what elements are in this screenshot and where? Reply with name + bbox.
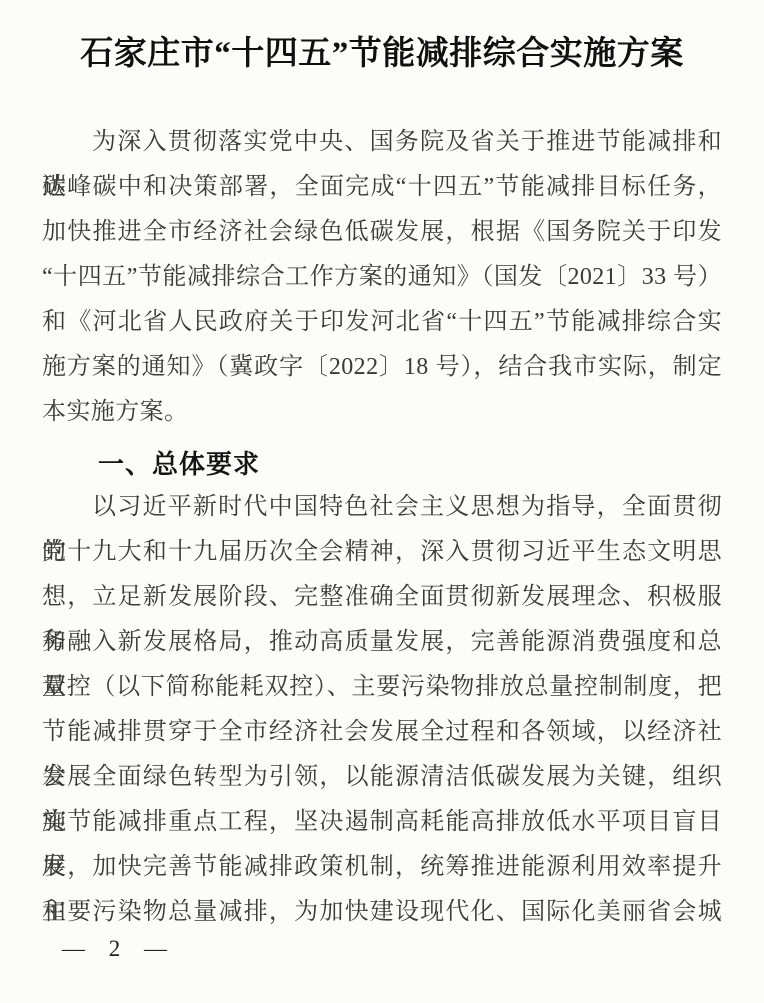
body-line: 本实施方案。 bbox=[42, 390, 722, 435]
body-line: 发展全面绿色转型为引领，以能源清洁低碳发展为关键，组织实 bbox=[42, 755, 722, 800]
document-page: 石家庄市“十四五”节能减排综合实施方案 为深入贯彻落实党中央、国务院及省关于推进… bbox=[0, 0, 764, 1003]
body-line: 为深入贯彻落实党中央、国务院及省关于推进节能减排和碳 bbox=[42, 120, 722, 165]
paragraph-1: 为深入贯彻落实党中央、国务院及省关于推进节能减排和碳 达峰碳中和决策部署，全面完… bbox=[42, 120, 722, 435]
section-heading-overall-requirements: 一、总体要求 bbox=[98, 446, 260, 482]
body-line: 双控（以下简称能耗双控）、主要污染物排放总量控制制度，把 bbox=[42, 665, 722, 710]
document-title: 石家庄市“十四五”节能减排综合实施方案 bbox=[0, 30, 764, 78]
body-line: 的十九大和十九届历次全会精神，深入贯彻习近平生态文明思 bbox=[42, 530, 722, 575]
body-line: 和融入新发展格局，推动高质量发展，完善能源消费强度和总量 bbox=[42, 620, 722, 665]
body-line: 和《河北省人民政府关于印发河北省“十四五”节能减排综合实 bbox=[42, 300, 722, 345]
body-line: 施节能减排重点工程，坚决遏制高耗能高排放低水平项目盲目发 bbox=[42, 800, 722, 845]
body-line: 达峰碳中和决策部署，全面完成“十四五”节能减排目标任务， bbox=[42, 165, 722, 210]
body-line: 想，立足新发展阶段、完整准确全面贯彻新发展理念、积极服务 bbox=[42, 575, 722, 620]
body-line: 加快推进全市经济社会绿色低碳发展，根据《国务院关于印发 bbox=[42, 210, 722, 255]
paragraph-2: 以习近平新时代中国特色社会主义思想为指导，全面贯彻党 的十九大和十九届历次全会精… bbox=[42, 485, 722, 935]
body-line: 展，加快完善节能减排政策机制，统筹推进能源利用效率提升和 bbox=[42, 845, 722, 890]
page-number-footer: — 2 — bbox=[62, 936, 169, 962]
body-line: 施方案的通知》（冀政字〔2022〕18 号），结合我市实际，制定 bbox=[42, 345, 722, 390]
body-line: 以习近平新时代中国特色社会主义思想为指导，全面贯彻党 bbox=[42, 485, 722, 530]
body-line: “十四五”节能减排综合工作方案的通知》（国发〔2021〕33 号） bbox=[42, 255, 722, 300]
body-line: 节能减排贯穿于全市经济社会发展全过程和各领域，以经济社会 bbox=[42, 710, 722, 755]
body-line: 主要污染物总量减排，为加快建设现代化、国际化美丽省会城 bbox=[42, 890, 722, 935]
